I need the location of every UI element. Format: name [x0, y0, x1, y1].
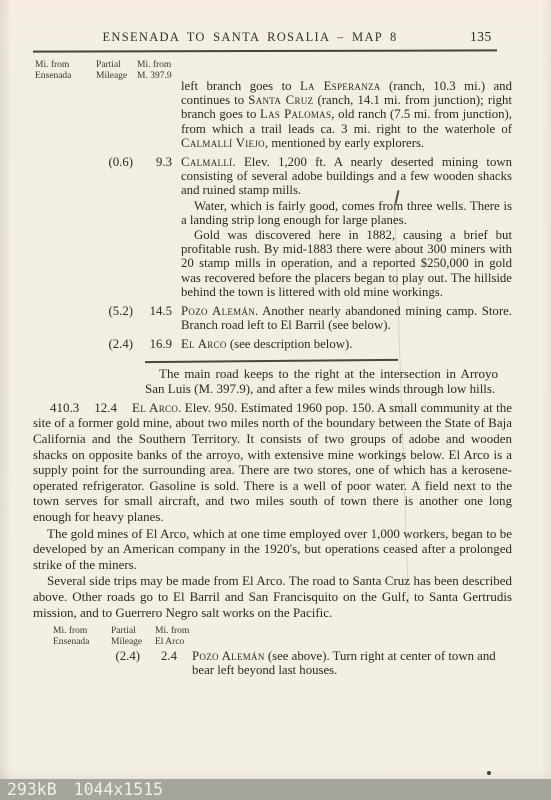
partial-mileage-value [33, 79, 133, 150]
col-header-line: Mileage [96, 71, 127, 82]
header-rule [33, 49, 497, 52]
cumulative-mileage-value: 9.3 [133, 155, 172, 299]
log-entry-pozo-aleman: (5.2) 14.5 Pozo Alemán. Another nearly a… [33, 304, 512, 332]
entry-text: Pozo Alemán (see above). Turn right at c… [177, 649, 510, 677]
paragraph-gold-mines: The gold mines of El Arco, which at one … [33, 526, 512, 573]
col-header-line: Mi. from [137, 60, 172, 71]
cumulative-mileage-value: 14.5 [133, 304, 172, 332]
ink-speck-artifact [487, 771, 491, 775]
scanned-book-page: ENSENADA TO SANTA ROSALIA – MAP 8 135 Mi… [0, 0, 551, 779]
section-divider-rule [145, 359, 398, 363]
page-body: Mi. from Ensenada Partial Mileage Mi. fr… [33, 57, 512, 678]
partial-mileage-value: (2.4) [33, 337, 133, 351]
log-entry-continuation: left branch goes to La Esperanza (ranch,… [33, 79, 512, 150]
image-viewer-window: ENSENADA TO SANTA ROSALIA – MAP 8 135 Mi… [0, 0, 551, 800]
col-header-mi-from-el-arco: Mi. from El Arco [155, 626, 189, 647]
col-header-line: Mi. from [53, 626, 89, 637]
entry-text: Pozo Alemán. Another nearly abandoned mi… [172, 304, 512, 332]
cumulative-mileage-value: 16.9 [133, 337, 172, 351]
col-header-line: Partial [96, 60, 127, 71]
col-header-line: Partial [111, 626, 142, 637]
partial-mileage-value: (5.2) [33, 304, 133, 332]
paragraph-main-road: The main road keeps to the right at the … [145, 366, 498, 397]
partial-mileage-value: (2.4) [33, 649, 140, 677]
col-header-line: M. 397.9 [137, 71, 172, 82]
col-header-line: Mi. from [155, 626, 189, 637]
entry-text: El Arco (see description below). [172, 337, 512, 351]
entry-subparagraph: Gold was discovered here in 1882, causin… [181, 228, 512, 299]
entry-paragraph: Calmallí. Elev. 1,200 ft. A nearly deser… [181, 155, 512, 198]
entry-text: Calmallí. Elev. 1,200 ft. A nearly deser… [172, 155, 512, 299]
page-number: 135 [470, 29, 492, 45]
log-entry-calmalli: (0.6) 9.3 Calmallí. Elev. 1,200 ft. A ne… [33, 155, 512, 299]
bottom-mileage-column-headers: Mi. from Ensenada Partial Mileage Mi. fr… [33, 626, 512, 649]
col-header-mi-from-ensenada: Mi. from Ensenada [35, 60, 71, 81]
col-header-line: Mi. from [35, 60, 71, 71]
viewer-status-bar: 293kB 1044x1515 [0, 779, 551, 800]
entry-text: left branch goes to La Esperanza (ranch,… [172, 79, 512, 150]
col-header-line: Ensenada [35, 71, 71, 82]
log-entry-pozo-aleman-bottom: (2.4) 2.4 Pozo Alemán (see above). Turn … [33, 649, 512, 677]
mileage-column-headers: Mi. from Ensenada Partial Mileage Mi. fr… [33, 60, 253, 84]
col-header-line: El Arco [155, 637, 189, 648]
road-log-entries: left branch goes to La Esperanza (ranch,… [33, 79, 512, 352]
file-size-label: 293kB [7, 780, 57, 799]
partial-mileage-value: (0.6) [33, 155, 133, 299]
image-dimensions-label: 1044x1515 [74, 780, 163, 799]
col-header-line: Mileage [111, 637, 142, 648]
col-header-partial-mileage: Partial Mileage [96, 60, 127, 81]
log-entry-el-arco: (2.4) 16.9 El Arco (see description belo… [33, 337, 512, 351]
running-head-title: ENSENADA TO SANTA ROSALIA – MAP 8 [0, 30, 500, 45]
cumulative-mileage-value: 2.4 [140, 649, 177, 677]
paragraph-side-trips: Several side trips may be made from El A… [33, 573, 512, 620]
col-header-partial-mileage: Partial Mileage [111, 626, 142, 647]
paragraph-el-arco-description: 410.312.4El Arco. Elev. 950. Estimated 1… [33, 400, 512, 525]
col-header-line: Ensenada [53, 637, 89, 648]
cumulative-mileage-value [133, 79, 172, 150]
entry-subparagraph: Water, which is fairly good, comes from … [181, 199, 512, 227]
col-header-mi-from-ensenada: Mi. from Ensenada [53, 626, 89, 647]
col-header-mi-from-junction: Mi. from M. 397.9 [137, 60, 172, 81]
